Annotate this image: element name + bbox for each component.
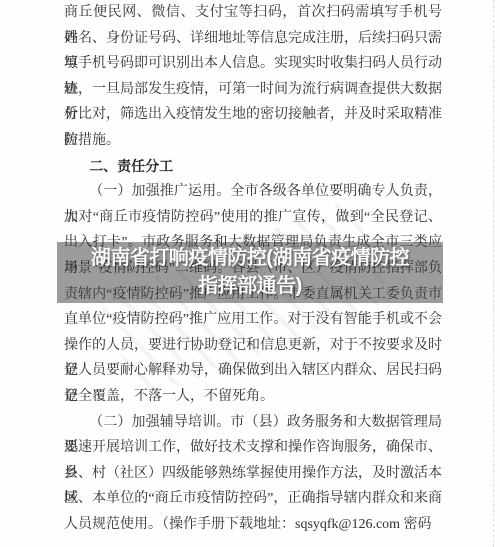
doc-line: 姓名、身份证号码、详细地址等信息完成注册，后续扫码只需填 [64,26,442,52]
doc-line: 乡、村（社区）四级能够熟练掌握使用操作方法，及时激活本区 [64,461,442,487]
scanned-document-page: 商丘便民网、微信、支付宝等扫码，首次扫码需填写手机号码、 姓名、身份证号码、详细… [0,0,500,547]
doc-line: 直单位“疫情防控码”推广应用工作。对于没有智能手机或不会 [64,307,442,333]
section-heading: 二、责任分工 [64,154,442,180]
doc-line: 析比对，筛选出入疫情发生地的密切接触者，并及时采取精准防 [64,102,442,128]
doc-line: 控措施。 [64,128,442,154]
doc-line: 迹，一旦局部发生疫情，可第一时间为流行病调查提供大数据分 [64,77,442,103]
doc-line: 迅速开展培训工作，做好技术支撑和操作咨询服务，确保市、县 [64,435,442,461]
doc-line: 记人员要耐心解释劝导，确保做到出入辖区内群众、居民扫码登 [64,358,442,384]
doc-line: 写手机号码即可识别出本人信息。实现实时收集扫码人员行动轨 [64,51,442,77]
doc-line: 域、本单位的“商丘市疫情防控码”，正确指导辖内群众和来商 [64,486,442,512]
overlay-title-line1: 湖南省打响疫情防控(湖南省疫情防控 [57,244,443,272]
scan-artifact-line [493,0,494,547]
doc-line: 记全覆盖，不落一人，不留死角。 [64,384,442,410]
overlay-title: 湖南省打响疫情防控(湖南省疫情防控 指挥部通告) [57,244,443,300]
doc-line: （二）加强辅导培训。市（县）政务服务和大数据管理局要 [64,410,442,436]
doc-line: （一）加强推广运用。全市各级各单位要明确专人负责，加 [64,179,442,205]
overlay-title-band: 湖南省打响疫情防控(湖南省疫情防控 指挥部通告) [57,242,443,303]
doc-line: 大对“商丘市疫情防控码”使用的推广宣传，做到“全民登记、 [64,205,442,231]
doc-line: 人员规范使用。（操作手册下载地址：sqsyqfk@126.com 密码 [64,512,442,538]
doc-line: 商丘便民网、微信、支付宝等扫码，首次扫码需填写手机号码、 [64,0,442,26]
overlay-title-line2: 指挥部通告) [57,272,443,300]
doc-line: 操作的人员，要进行协助登记和信息更新，对于不按要求及时登 [64,333,442,359]
